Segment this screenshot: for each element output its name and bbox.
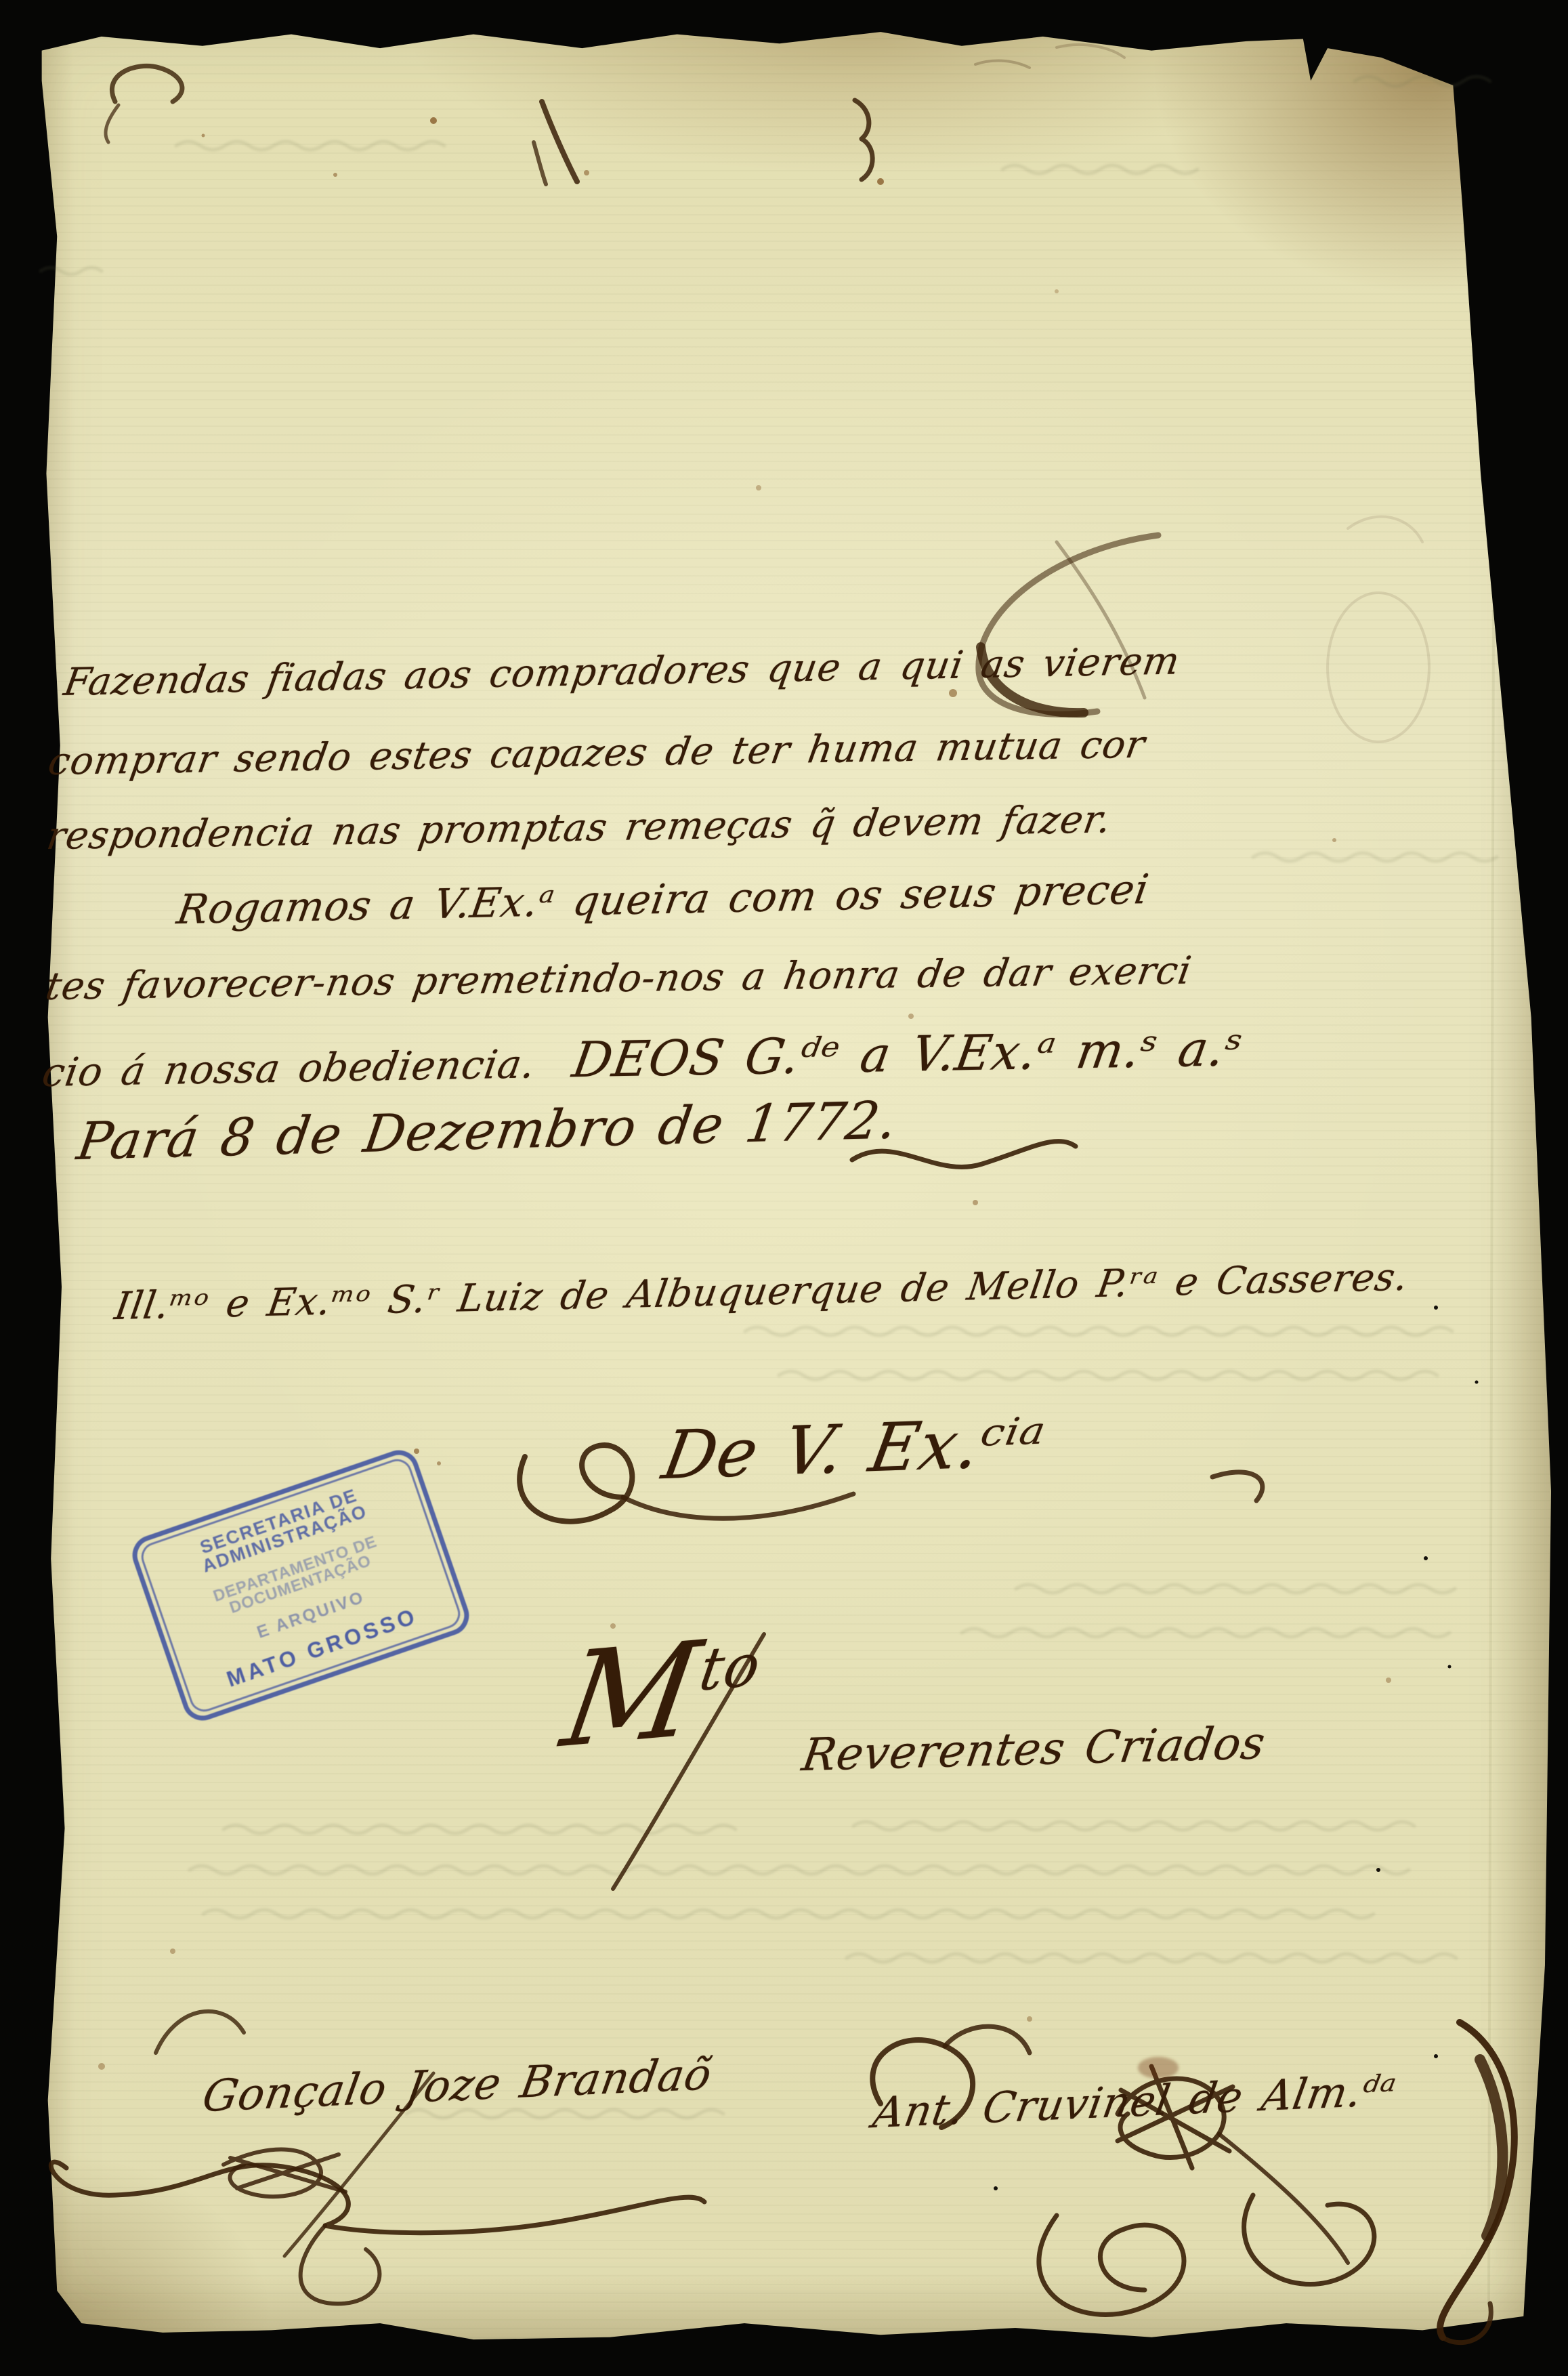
large-flourish-mark (979, 517, 1429, 742)
stamp-line-2: DEPARTAMENTO DE DOCUMENTAÇÃO (155, 1514, 441, 1640)
closing-initial-letter: M (553, 1613, 709, 1777)
body-line-6-obedience: cio á nossa obediencia. (39, 1041, 539, 1096)
scanned-document-photo: { "page": { "kind": "Manuscript letter (… (0, 0, 1568, 2376)
stray-ink-marks (106, 45, 1124, 184)
closing-initial-superscript: to (695, 1631, 765, 1705)
right-signature-flourish (872, 2022, 1514, 2343)
closing-initial: Mto (553, 1608, 769, 1777)
courtesy-line: De V. Ex.ᶜⁱᵃ (657, 1404, 1051, 1495)
body-line-6-valediction: DEOS G.ᵈᵉ a V.Ex.ᵃ m.ˢ a.ˢ (569, 1020, 1247, 1088)
ink-decorations (0, 0, 1568, 2376)
